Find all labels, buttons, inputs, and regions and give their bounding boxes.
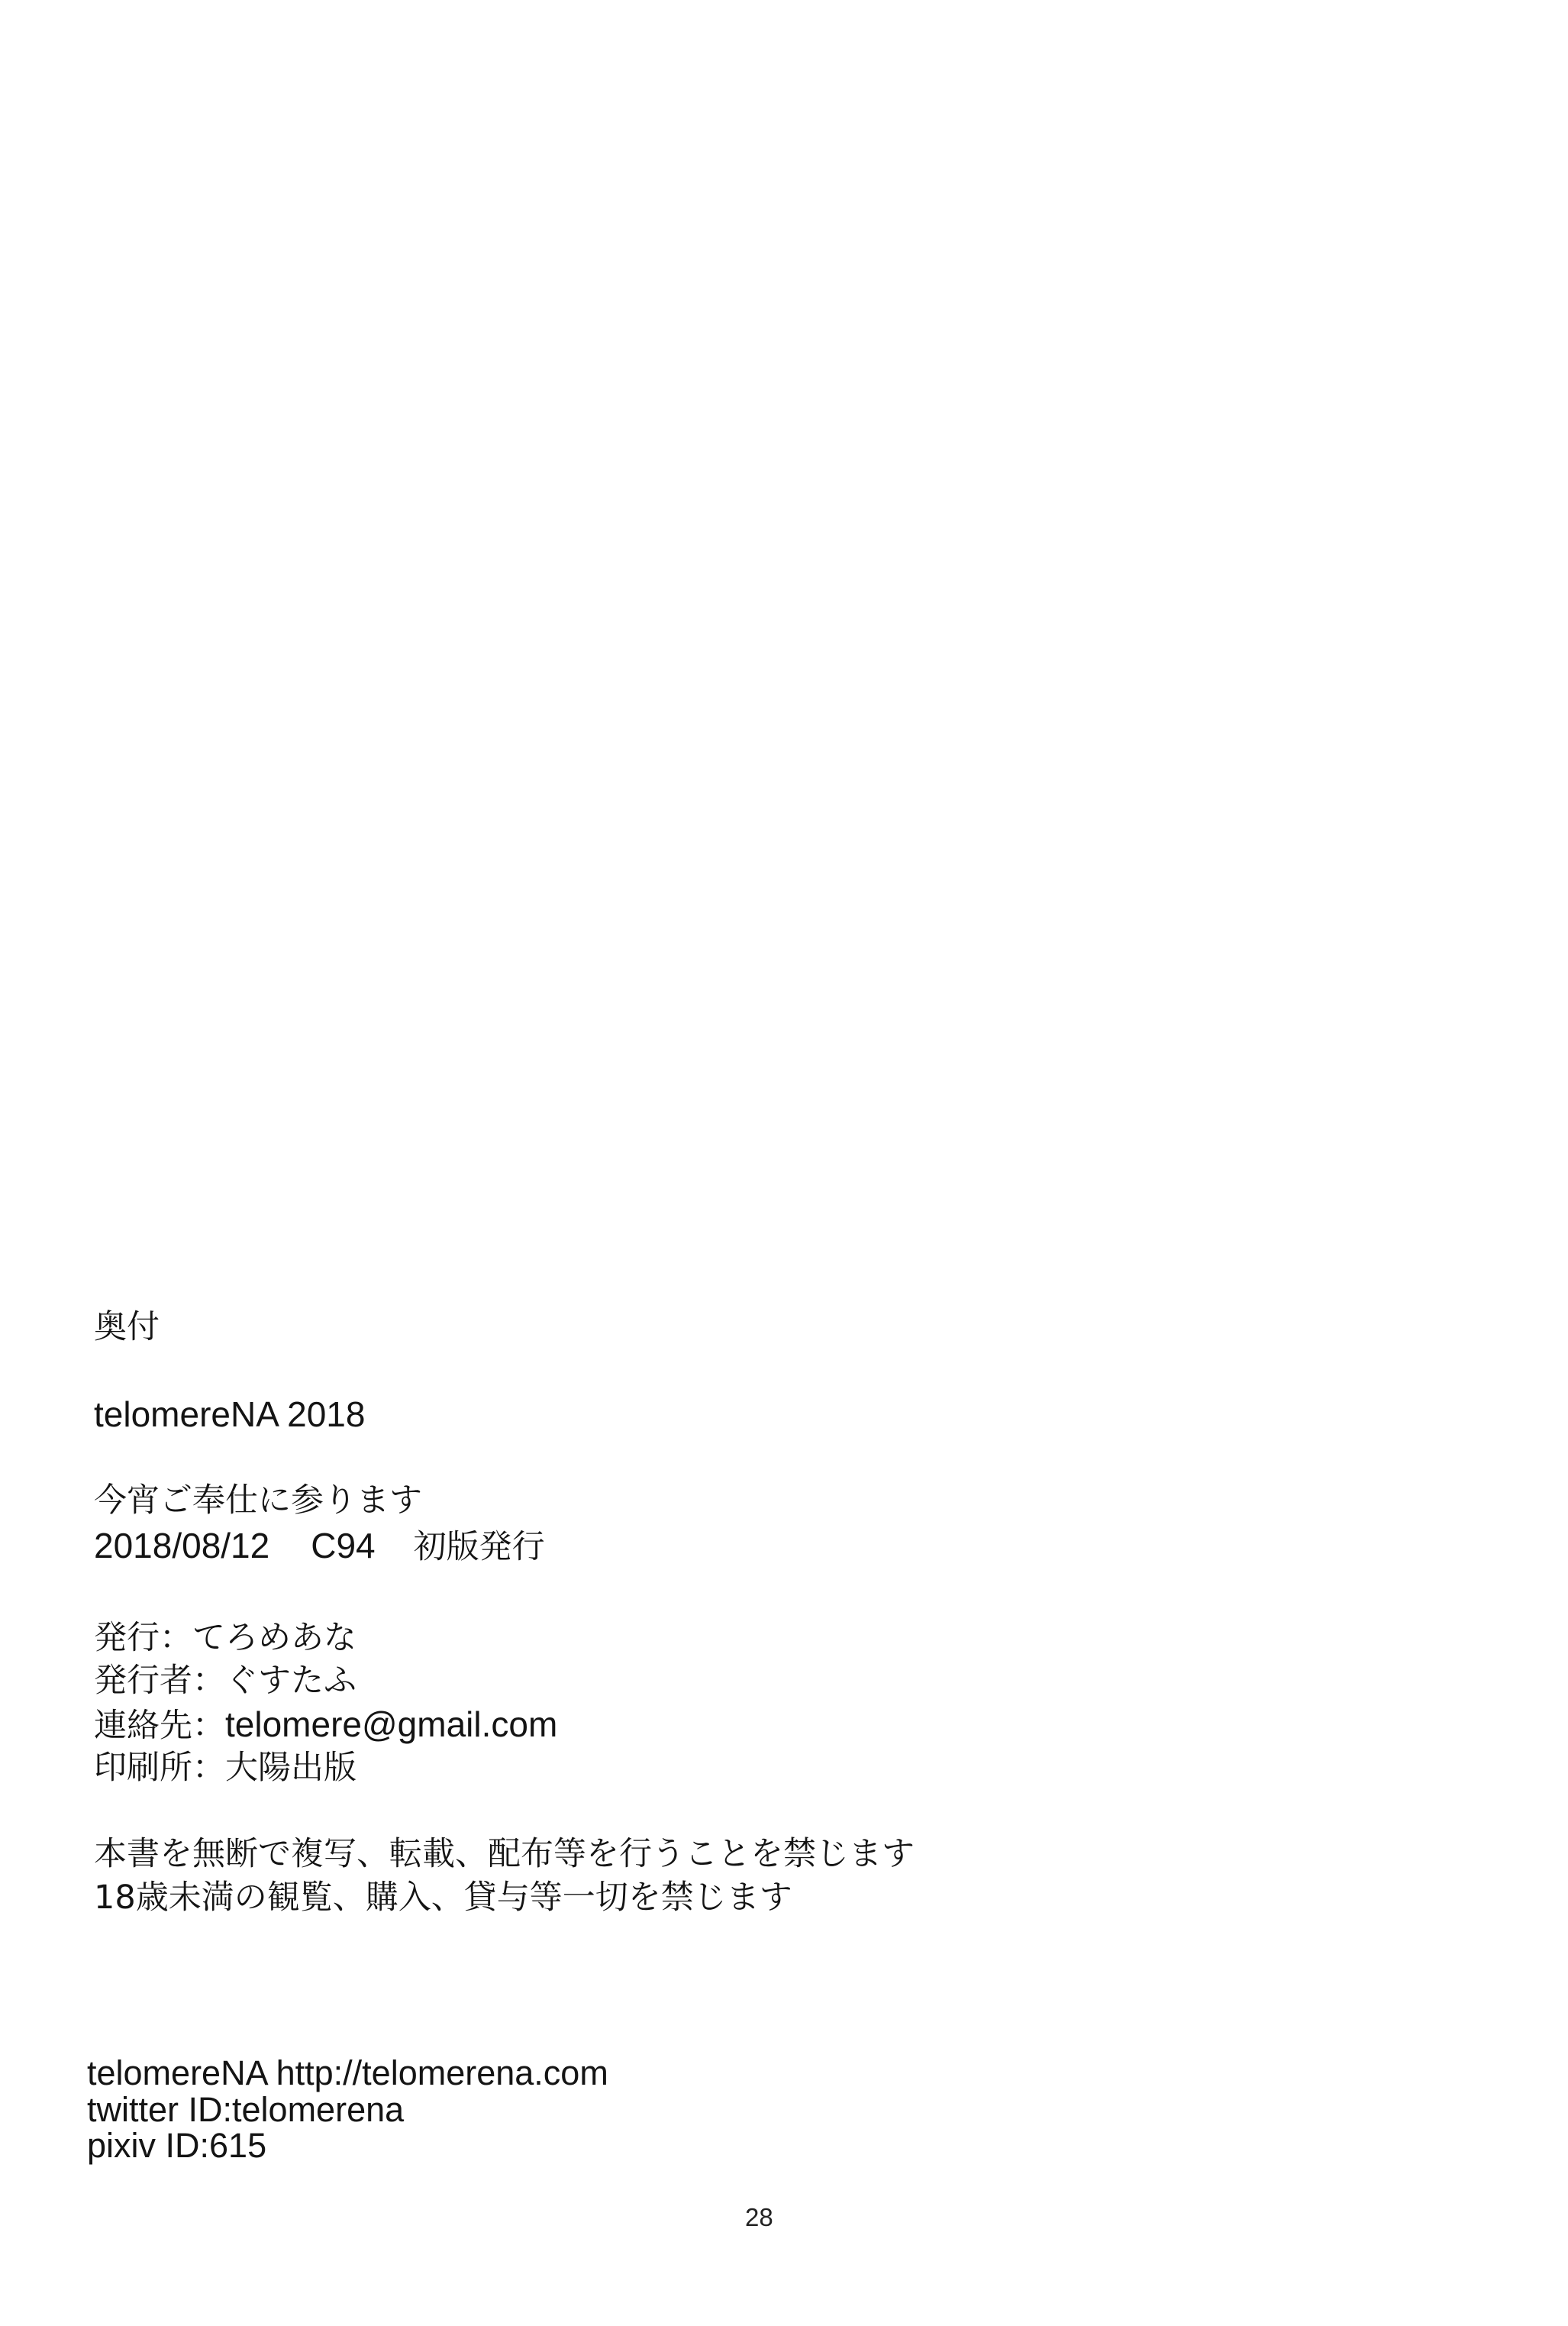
credit-issuer: 発行者：ぐすたふ (94, 1662, 357, 1699)
credit-value: てろめあな (192, 1619, 357, 1657)
circle-year: telomereNA 2018 (94, 1396, 365, 1433)
credit-label: 印刷所： (94, 1749, 225, 1787)
edition-note: 初版発行 (414, 1528, 545, 1566)
edition-line: 2018/08/12C94初版発行 (94, 1527, 545, 1564)
credit-label: 発行： (94, 1619, 192, 1657)
credit-label: 発行者： (94, 1662, 225, 1700)
website-line: telomereNA http://telomerena.com (87, 2056, 608, 2091)
copyright-notice: 本書を無断で複写、転載、配布等を行うことを禁じます (94, 1836, 915, 1872)
contact-email: telomere@gmail.com (225, 1704, 557, 1744)
colophon-page: 奥付 telomereNA 2018 今宵ご奉仕に参ります 2018/08/12… (0, 0, 1568, 2326)
book-title: 今宵ご奉仕に参ります (94, 1482, 422, 1519)
credit-publisher: 発行：てろめあな (94, 1620, 357, 1656)
age-restriction-notice: 18歳未満の観覧、購入、貸与等一切を禁じます (94, 1879, 792, 1916)
credit-contact: 連絡先：telomere@gmail.com (94, 1706, 557, 1743)
edition-event: C94 (311, 1526, 375, 1565)
credit-value: 大陽出版 (225, 1749, 357, 1787)
edition-date: 2018/08/12 (94, 1526, 269, 1565)
credit-label: 連絡先： (94, 1707, 225, 1745)
credit-value: ぐすたふ (225, 1662, 357, 1700)
colophon-heading: 奥付 (94, 1309, 160, 1346)
credit-printer: 印刷所：大陽出版 (94, 1749, 357, 1786)
twitter-line: twitter ID:telomerena (87, 2092, 404, 2127)
pixiv-line: pixiv ID:615 (87, 2128, 266, 2163)
page-number: 28 (745, 2204, 773, 2231)
